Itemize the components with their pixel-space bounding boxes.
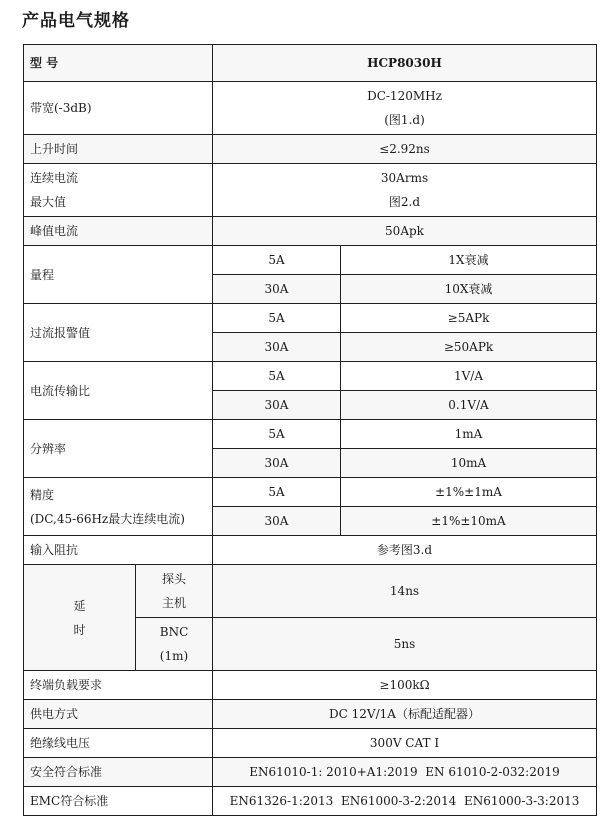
table-row: 安全符合标准EN61010-1: 2010+A1:2019 EN 61010-2…	[24, 758, 597, 787]
spec-label: 过流报警值	[24, 304, 213, 362]
spec-label: 绝缘线电压	[24, 729, 213, 758]
range-label: 5A	[213, 478, 341, 507]
spec-table-body: 型 号HCP8030H带宽(-3dB)DC-120MHz(图1.d)上升时间≤2…	[24, 45, 597, 816]
table-row: 过流报警值5A≥5APk	[24, 304, 597, 333]
spec-value: DC 12V/1A（标配适配器）	[213, 700, 597, 729]
range-label: 30A	[213, 449, 341, 478]
spec-value: 14ns	[213, 565, 597, 618]
spec-value: ±1%±10mA	[341, 507, 597, 536]
spec-value: DC-120MHz(图1.d)	[213, 82, 597, 135]
page-title: 产品电气规格	[22, 6, 608, 31]
spec-value: ≥5APk	[341, 304, 597, 333]
spec-value: EN61326-1:2013 EN61000-3-2:2014 EN61000-…	[213, 787, 597, 816]
spec-value: ±1%±1mA	[341, 478, 597, 507]
spec-value: ≥100kΩ	[213, 671, 597, 700]
spec-value: ≥50APk	[341, 333, 597, 362]
delay-sub-label: BNC(1m)	[136, 618, 213, 671]
spec-label: 分辨率	[24, 420, 213, 478]
range-label: 30A	[213, 275, 341, 304]
table-row: 绝缘线电压300V CAT I	[24, 729, 597, 758]
table-row: 电流传输比5A1V/A	[24, 362, 597, 391]
table-row: EMC符合标准EN61326-1:2013 EN61000-3-2:2014 E…	[24, 787, 597, 816]
spec-label: 精度(DC,45-66Hz最大连续电流)	[24, 478, 213, 536]
spec-value: 30Arms图2.d	[213, 164, 597, 217]
spec-value: 0.1V/A	[341, 391, 597, 420]
spec-label: 供电方式	[24, 700, 213, 729]
spec-value: 10mA	[341, 449, 597, 478]
table-row: 延时探头主机14ns	[24, 565, 597, 618]
range-label: 5A	[213, 420, 341, 449]
range-label: 5A	[213, 304, 341, 333]
spec-label: 上升时间	[24, 135, 213, 164]
spec-label: 输入阻抗	[24, 536, 213, 565]
spec-value: ≤2.92ns	[213, 135, 597, 164]
spec-value: 1X衰减	[341, 246, 597, 275]
table-row: 精度(DC,45-66Hz最大连续电流)5A±1%±1mA	[24, 478, 597, 507]
range-label: 5A	[213, 246, 341, 275]
table-row: 连续电流最大值30Arms图2.d	[24, 164, 597, 217]
spec-label: EMC符合标准	[24, 787, 213, 816]
delay-label: 延时	[24, 565, 136, 671]
spec-label: 带宽(-3dB)	[24, 82, 213, 135]
table-row: 带宽(-3dB)DC-120MHz(图1.d)	[24, 82, 597, 135]
table-row: 供电方式DC 12V/1A（标配适配器）	[24, 700, 597, 729]
spec-value: 5ns	[213, 618, 597, 671]
spec-value: 50Apk	[213, 217, 597, 246]
spec-value: EN61010-1: 2010+A1:2019 EN 61010-2-032:2…	[213, 758, 597, 787]
range-label: 30A	[213, 333, 341, 362]
table-row: 型 号HCP8030H	[24, 45, 597, 82]
spec-label: 峰值电流	[24, 217, 213, 246]
table-row: 上升时间≤2.92ns	[24, 135, 597, 164]
table-row: 量程5A1X衰减	[24, 246, 597, 275]
spec-label: 电流传输比	[24, 362, 213, 420]
delay-sub-label: 探头主机	[136, 565, 213, 618]
range-label: 30A	[213, 507, 341, 536]
spec-page: 产品电气规格 型 号HCP8030H带宽(-3dB)DC-120MHz(图1.d…	[0, 0, 608, 829]
spec-value: 参考图3.d	[213, 536, 597, 565]
spec-value: 1V/A	[341, 362, 597, 391]
table-row: 终端负载要求≥100kΩ	[24, 671, 597, 700]
spec-value: HCP8030H	[213, 45, 597, 82]
spec-table: 型 号HCP8030H带宽(-3dB)DC-120MHz(图1.d)上升时间≤2…	[23, 44, 597, 816]
table-row: 峰值电流50Apk	[24, 217, 597, 246]
spec-value: 1mA	[341, 420, 597, 449]
spec-label: 终端负载要求	[24, 671, 213, 700]
table-row: 分辨率5A1mA	[24, 420, 597, 449]
table-row: 输入阻抗参考图3.d	[24, 536, 597, 565]
spec-label: 型 号	[24, 45, 213, 82]
spec-label: 连续电流最大值	[24, 164, 213, 217]
range-label: 5A	[213, 362, 341, 391]
spec-label: 安全符合标准	[24, 758, 213, 787]
range-label: 30A	[213, 391, 341, 420]
spec-value: 300V CAT I	[213, 729, 597, 758]
spec-label: 量程	[24, 246, 213, 304]
spec-value: 10X衰减	[341, 275, 597, 304]
